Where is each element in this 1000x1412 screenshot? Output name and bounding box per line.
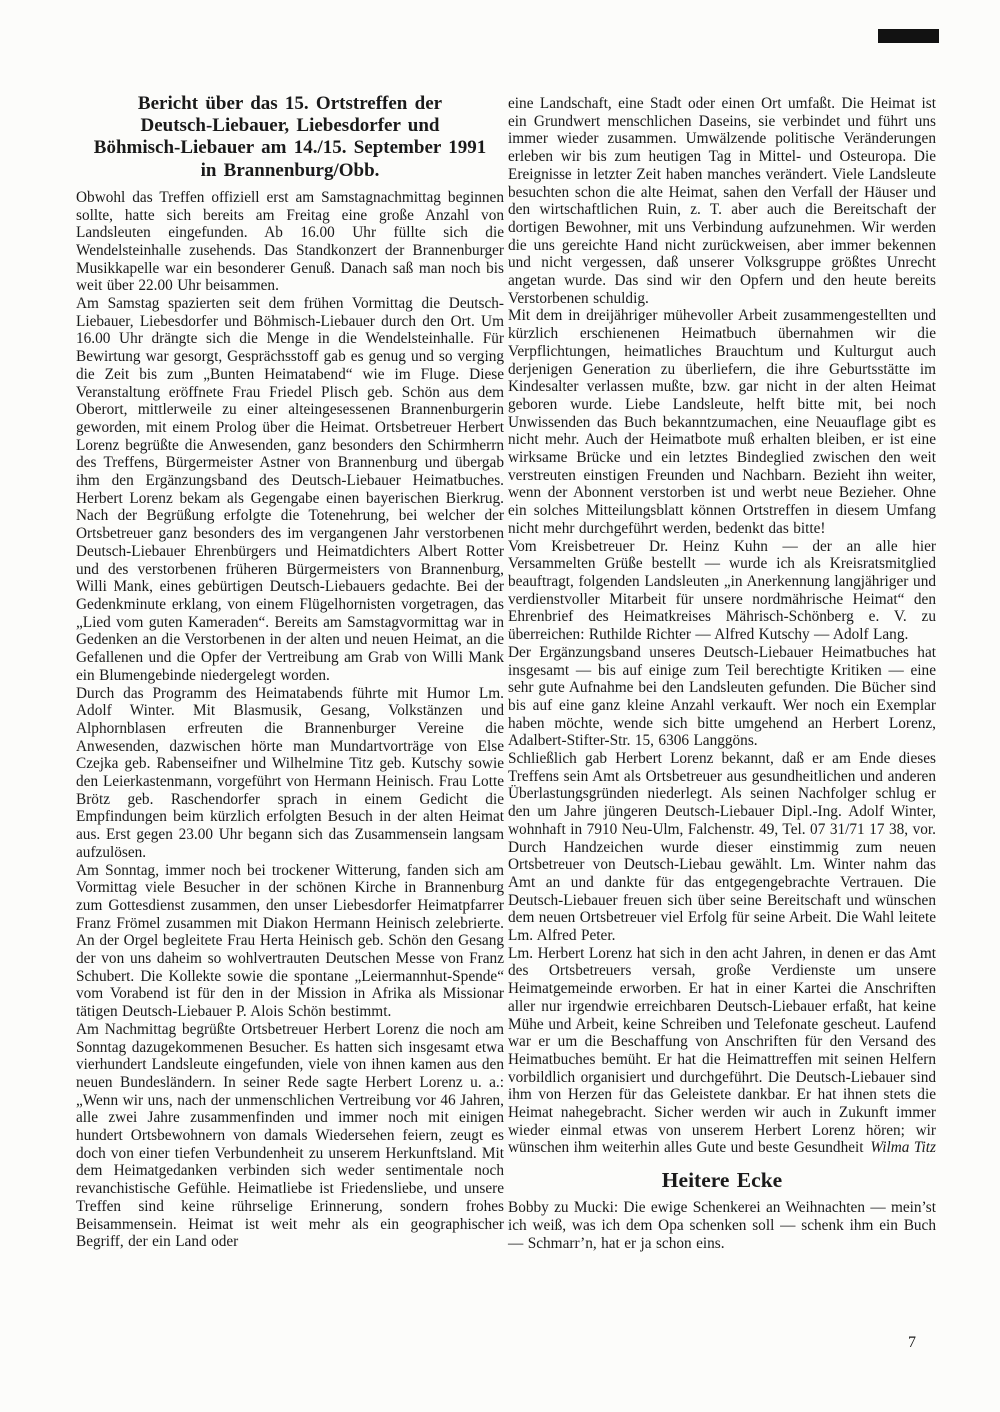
paragraph: eine Landschaft, eine Stadt oder einen O… [508,95,936,307]
print-registration-mark [878,29,939,43]
closing-paragraph: Lm. Herbert Lorenz hat sich in den acht … [508,945,936,1157]
paragraph: Der Ergänzungsband unseres Deutsch-Lieba… [508,644,936,750]
right-column: eine Landschaft, eine Stadt oder einen O… [508,95,936,1252]
author-signature: Wilma Titz [864,1139,936,1157]
paragraph: Am Sonntag, immer noch bei trockener Wit… [76,862,504,1021]
heitere-ecke-heading: Heitere Ecke [508,1168,936,1192]
document-page: Bericht über das 15. Ortstreffen der Deu… [0,0,1000,1412]
paragraph: Mit dem in dreijähriger mühevoller Arbei… [508,307,936,537]
article-title: Bericht über das 15. Ortstreffen der Deu… [76,93,504,182]
paragraph: Schließlich gab Herbert Lorenz bekannt, … [508,750,936,945]
heitere-ecke-text: Bobby zu Mucki: Die ewige Schenkerei an … [508,1199,936,1252]
article-title-line: Böhmisch-Liebauer am 14./15. September 1… [76,137,504,159]
article-title-line: in Brannenburg/Obb. [76,160,504,182]
article-title-line: Deutsch-Liebauer, Liebesdorfer und [76,115,504,137]
paragraph: Am Samstag spazierten seit dem frühen Vo… [76,295,504,684]
article-title-line: Bericht über das 15. Ortstreffen der [76,93,504,115]
paragraph: Durch das Programm des Heimatabends führ… [76,685,504,862]
paragraph: Am Nachmittag begrüßte Ortsbetreuer Herb… [76,1021,504,1251]
paragraph: Vom Kreisbetreuer Dr. Heinz Kuhn — der a… [508,538,936,644]
page-number: 7 [908,1334,916,1352]
paragraph: Obwohl das Treffen offiziell erst am Sam… [76,189,504,295]
left-column: Bericht über das 15. Ortstreffen der Deu… [76,93,504,1251]
closing-text: Lm. Herbert Lorenz hat sich in den acht … [508,945,936,1157]
